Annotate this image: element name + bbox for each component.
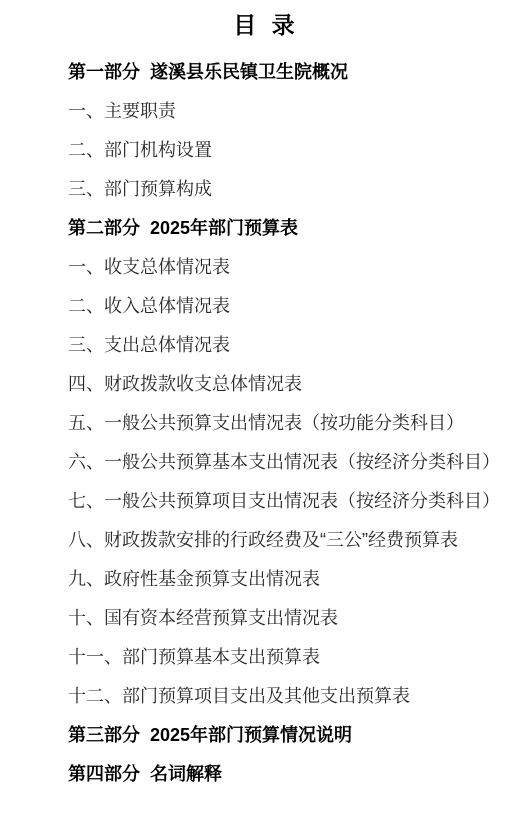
toc-section-heading: 第一部分 遂溪县乐民镇卫生院概况	[68, 62, 505, 83]
toc-section-heading: 第二部分 2025年部门预算表	[68, 218, 505, 239]
document-page: 目 录 第一部分 遂溪县乐民镇卫生院概况 一、主要职责 二、部门机构设置 三、部…	[0, 0, 505, 831]
toc-entry: 五、一般公共预算支出情况表（按功能分类科目）	[68, 413, 505, 434]
toc-entry: 七、一般公共预算项目支出情况表（按经济分类科目）	[68, 491, 505, 512]
toc-entry: 六、一般公共预算基本支出情况表（按经济分类科目）	[68, 452, 505, 473]
toc-section-heading: 第三部分 2025年部门预算情况说明	[68, 725, 505, 746]
toc-entry: 十一、部门预算基本支出预算表	[68, 647, 505, 668]
toc-entry: 三、部门预算构成	[68, 179, 505, 200]
toc-entry: 一、主要职责	[68, 101, 505, 122]
toc-entry: 三、支出总体情况表	[68, 335, 505, 356]
page-title: 目 录	[0, 0, 505, 38]
toc-entry: 二、收入总体情况表	[68, 296, 505, 317]
toc-entry: 四、财政拨款收支总体情况表	[68, 374, 505, 395]
toc-entry: 十二、部门预算项目支出及其他支出预算表	[68, 686, 505, 707]
toc-section-heading: 第四部分 名词解释	[68, 764, 505, 785]
table-of-contents: 第一部分 遂溪县乐民镇卫生院概况 一、主要职责 二、部门机构设置 三、部门预算构…	[68, 62, 505, 785]
toc-entry: 八、财政拨款安排的行政经费及“三公”经费预算表	[68, 530, 505, 551]
toc-entry: 一、收支总体情况表	[68, 257, 505, 278]
toc-entry: 九、政府性基金预算支出情况表	[68, 569, 505, 590]
toc-entry: 二、部门机构设置	[68, 140, 505, 161]
toc-entry: 十、国有资本经营预算支出情况表	[68, 608, 505, 629]
